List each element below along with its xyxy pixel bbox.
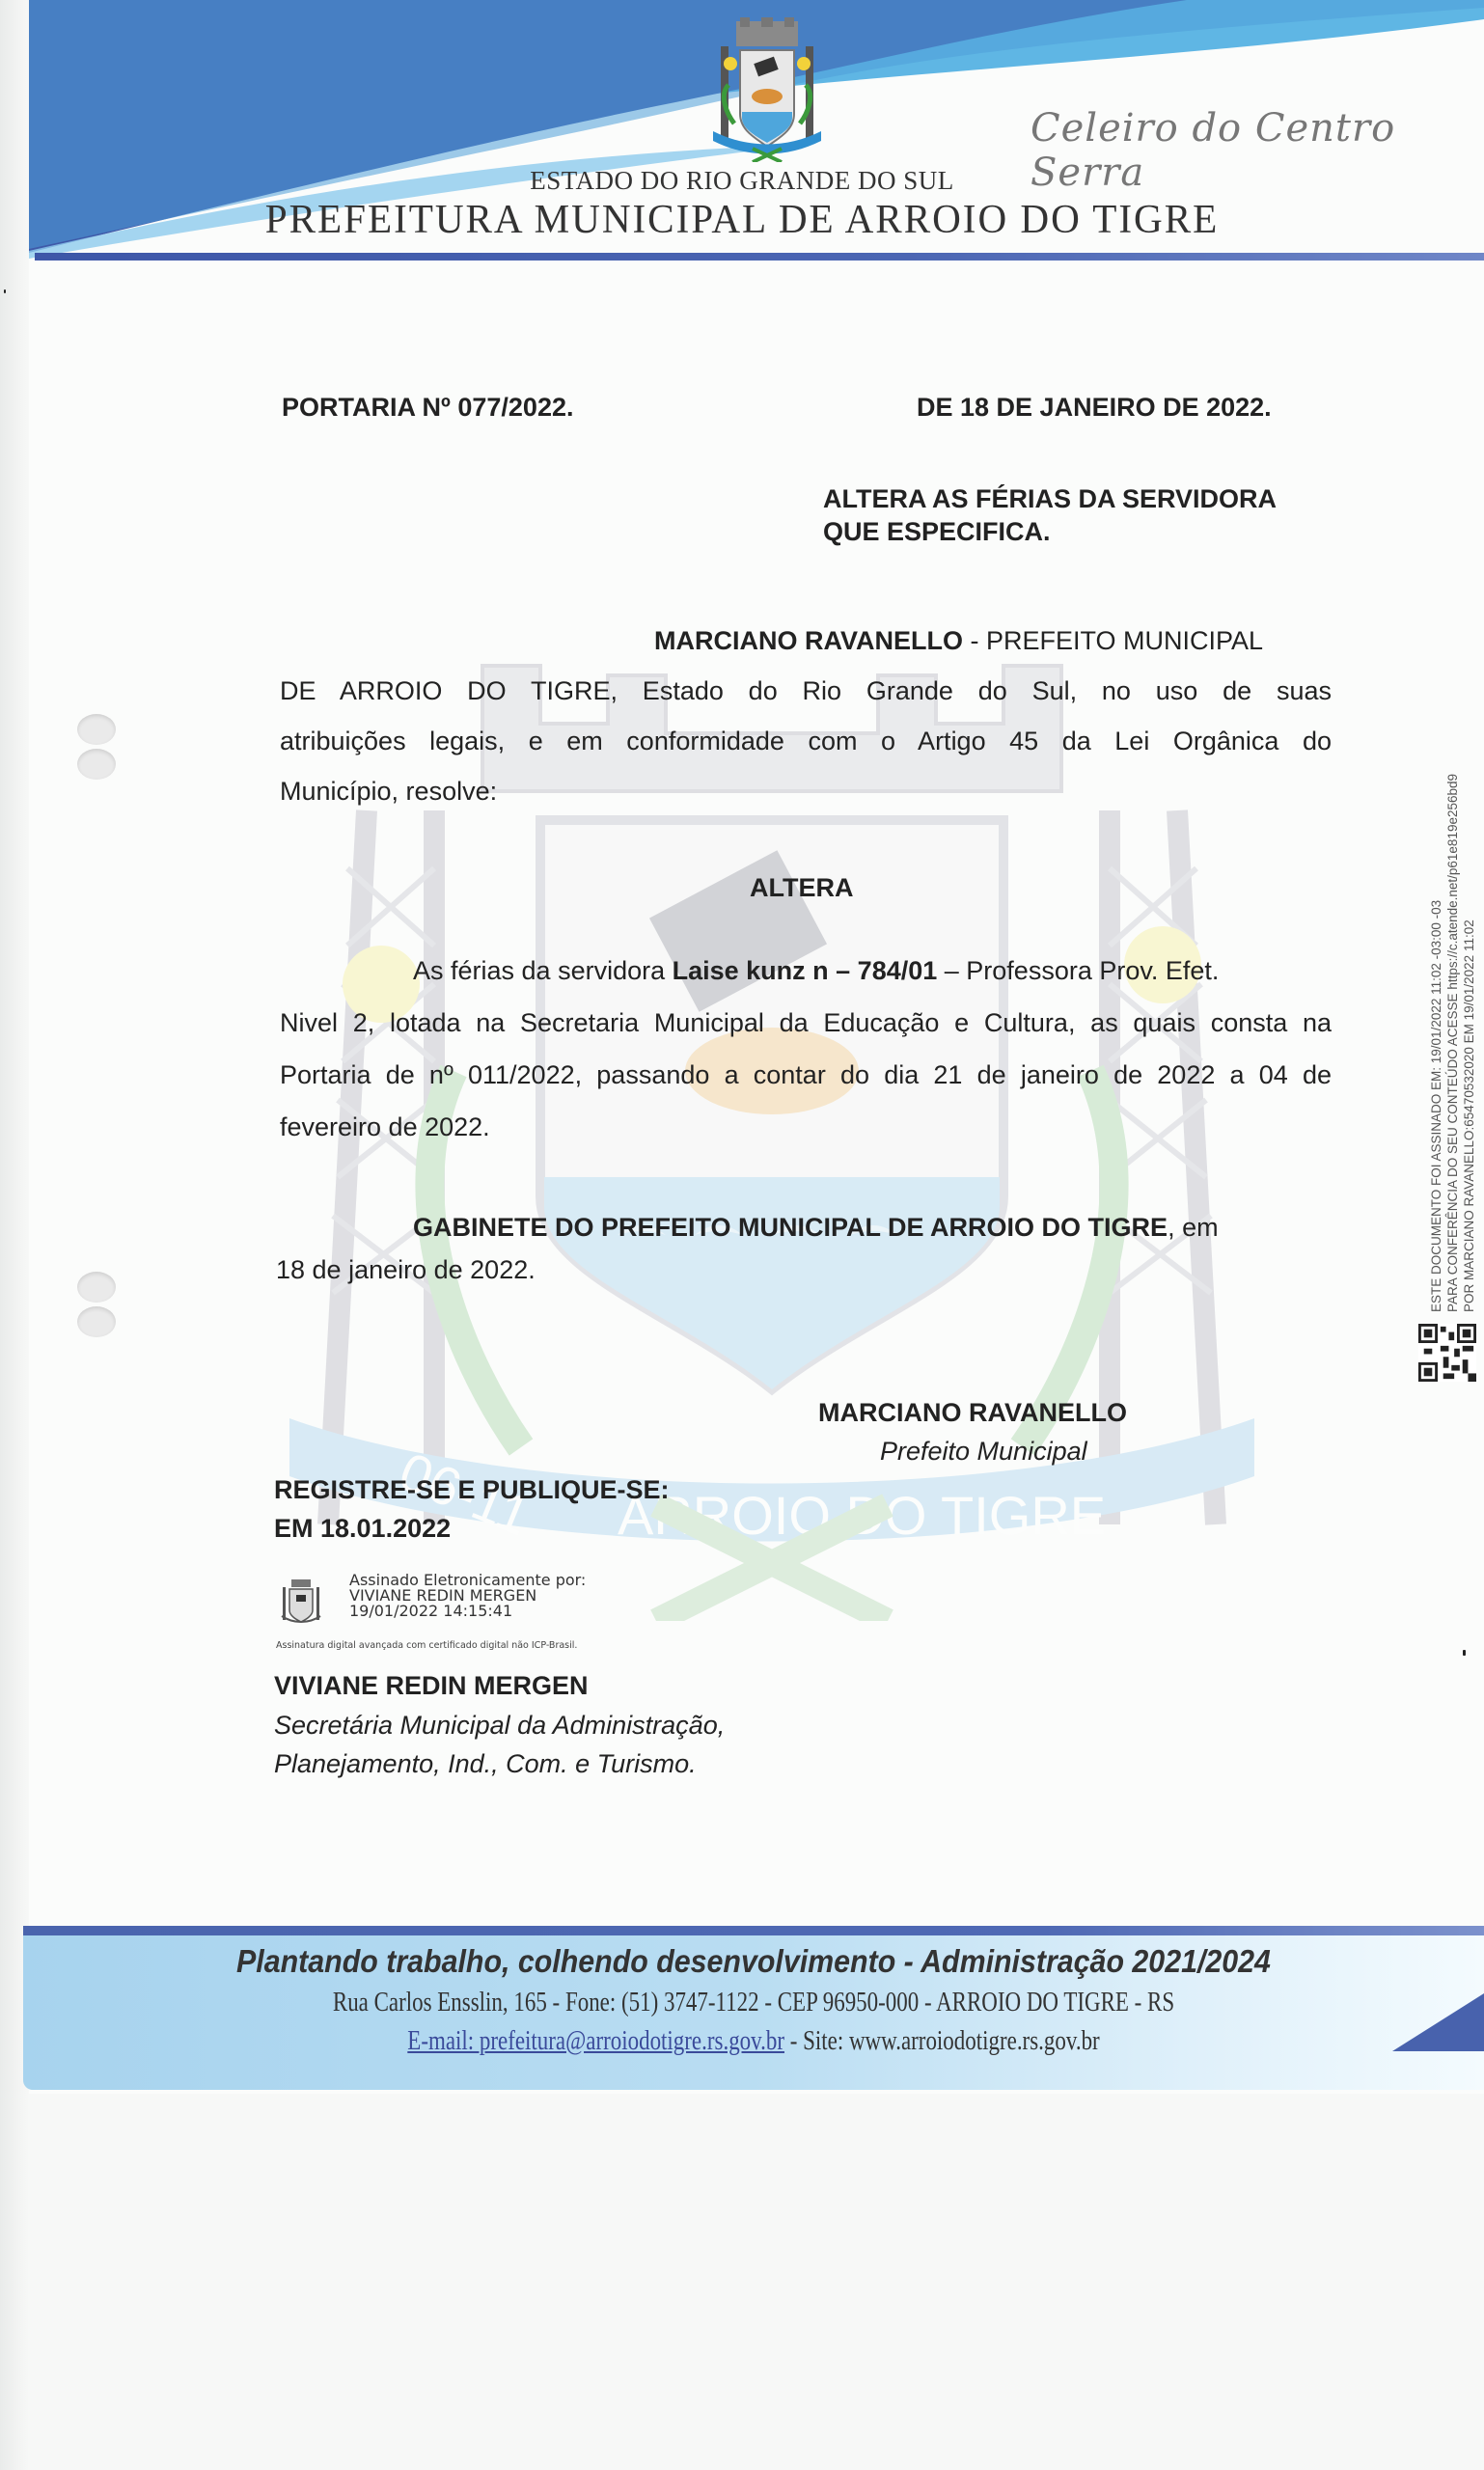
footer-contact: E-mail: prefeitura@arroiodotigre.rs.gov.… — [154, 2026, 1352, 2057]
secretary-role-line-1: Secretária Municipal da Administração, — [274, 1706, 725, 1744]
esignature-note: Assinatura digital avançada com certific… — [276, 1640, 652, 1652]
stamp-line-3: POR MARCIANO RAVANELLO:65470532020 EM 19… — [1461, 714, 1477, 1312]
stamp-line-1: ESTE DOCUMENTO FOI ASSINADO EM: 19/01/20… — [1428, 714, 1444, 1312]
secretary-role-line-2: Planejamento, Ind., Com. e Turismo. — [274, 1744, 697, 1783]
municipal-crest-icon — [700, 17, 835, 162]
article-line-3: Portaria de nº 011/2022, passando a cont… — [280, 1050, 1332, 1100]
verification-stamp: ESTE DOCUMENTO FOI ASSINADO EM: 19/01/20… — [1418, 714, 1478, 1389]
preamble-line-3: atribuições legais, e em conformidade co… — [280, 716, 1332, 766]
footer-address: Rua Carlos Ensslin, 165 - Fone: (51) 374… — [154, 1988, 1352, 2018]
article-first-line: As férias da servidora Laise kunz n – 78… — [413, 946, 1219, 996]
mayor-name: MARCIANO RAVANELLO — [654, 626, 963, 655]
scan-speck — [1463, 1650, 1466, 1656]
preamble-line-4: Município, resolve: — [280, 766, 497, 816]
servant-name: Laise kunz n – 784/01 — [673, 956, 938, 985]
subject-line-1: ALTERA AS FÉRIAS DA SERVIDORA — [823, 482, 1277, 515]
resolution-verb: ALTERA — [750, 863, 854, 913]
article-line-4: fevereiro de 2022. — [280, 1102, 490, 1152]
signatory-role: Prefeito Municipal — [880, 1432, 1087, 1470]
preamble-first-line: MARCIANO RAVANELLO - PREFEITO MUNICIPAL — [654, 616, 1263, 666]
footer-accent — [1392, 1993, 1484, 2051]
register-line-1: REGISTRE-SE E PUBLIQUE-SE: — [274, 1470, 670, 1509]
portaria-number: PORTARIA Nº 077/2022. — [282, 382, 573, 432]
punch-holes-upper — [77, 714, 122, 783]
punch-holes-lower — [77, 1272, 122, 1341]
secretary-name: VIVIANE REDIN MERGEN — [274, 1667, 589, 1704]
subject-line-2: QUE ESPECIFICA. — [823, 515, 1051, 548]
preamble-line-2: DE ARROIO DO TIGRE, Estado do Rio Grande… — [280, 666, 1332, 716]
footer-email-link[interactable]: E-mail: prefeitura@arroiodotigre.rs.gov.… — [407, 2026, 784, 2056]
state-name: ESTADO DO RIO GRANDE DO SUL — [0, 166, 1484, 196]
header-rule — [35, 253, 1484, 261]
stamp-line-2: PARA CONFERÊNCIA DO SEU CONTEÚDO ACESSE … — [1444, 714, 1461, 1312]
footer-rule — [23, 1926, 1484, 1935]
portaria-date: DE 18 DE JANEIRO DE 2022. — [917, 382, 1272, 432]
esignature-crest-icon — [280, 1578, 322, 1626]
qr-code-icon[interactable] — [1418, 1324, 1476, 1382]
article-line-2: Nivel 2, lotada na Secretaria Municipal … — [280, 998, 1332, 1048]
municipality-name: PREFEITURA MUNICIPAL DE ARROIO DO TIGRE — [14, 197, 1469, 243]
esignature-timestamp: 19/01/2022 14:15:41 — [349, 1604, 586, 1619]
footer: Plantando trabalho, colhendo desenvolvim… — [23, 1926, 1484, 2090]
footer-site: - Site: www.arroiodotigre.rs.gov.br — [784, 2026, 1100, 2056]
scan-speck — [4, 289, 6, 293]
esignature-block: Assinado Eletronicamente por: VIVIANE RE… — [349, 1573, 586, 1619]
closing-date: 18 de janeiro de 2022. — [276, 1245, 536, 1295]
register-line-2: EM 18.01.2022 — [274, 1509, 451, 1548]
scan-edge — [0, 0, 29, 2470]
footer-slogan: Plantando trabalho, colhendo desenvolvim… — [82, 1943, 1426, 1980]
signatory-name: MARCIANO RAVANELLO — [818, 1393, 1127, 1432]
